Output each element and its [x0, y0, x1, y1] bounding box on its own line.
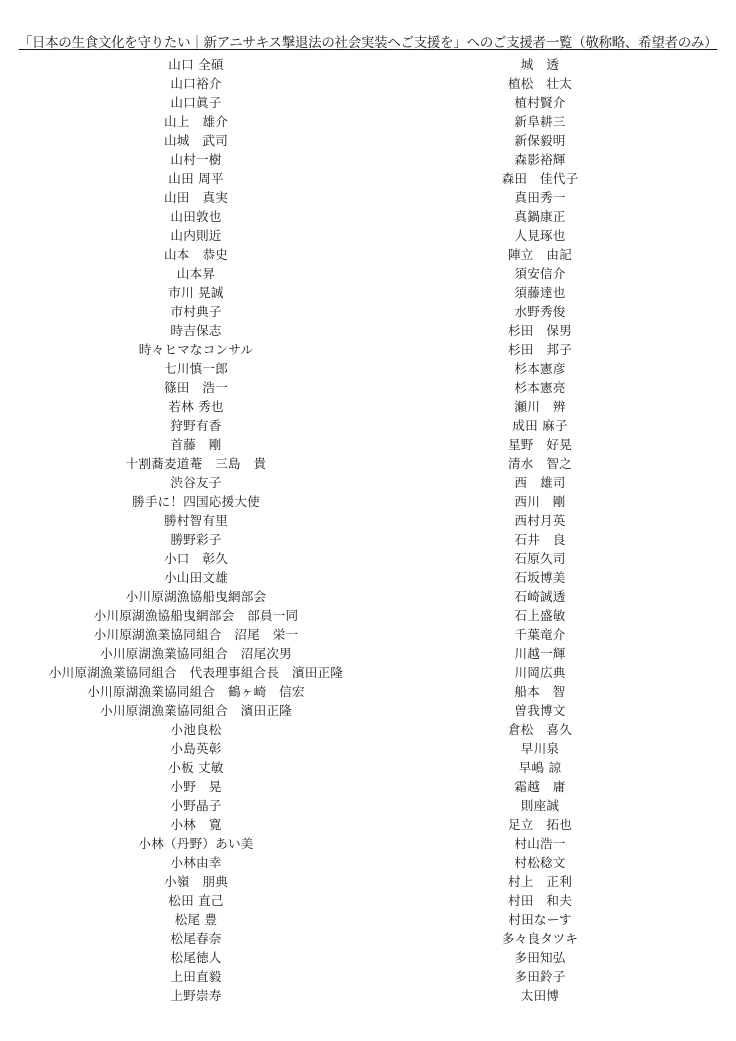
supporter-name: 陣立 由記	[420, 245, 660, 264]
supporter-name: 石上盛敏	[420, 606, 660, 625]
supporter-name: 小林（丹野）あい美	[36, 834, 356, 853]
supporter-name: 曽我博文	[420, 701, 660, 720]
supporter-name: 多々良タツキ	[420, 929, 660, 948]
supporter-name: 小川原湖漁協船曳網部会	[36, 587, 356, 606]
supporter-name: 杉田 邦子	[420, 340, 660, 359]
supporter-name: 山上 雄介	[36, 112, 356, 131]
supporter-name: 山田 真実	[36, 188, 356, 207]
supporter-name: 杉本憲亮	[420, 378, 660, 397]
supporter-name: 多田知弘	[420, 948, 660, 967]
supporter-name: 森影裕輝	[420, 150, 660, 169]
supporter-name: 時々ヒマなコンサル	[36, 340, 356, 359]
supporter-name: 清水 智之	[420, 454, 660, 473]
supporter-name: 成田 麻子	[420, 416, 660, 435]
supporter-name: 山田敦也	[36, 207, 356, 226]
supporter-name: 川岡広典	[420, 663, 660, 682]
supporter-name: 渋谷友子	[36, 473, 356, 492]
supporter-name: 瀬川 辨	[420, 397, 660, 416]
supporter-name: 船本 智	[420, 682, 660, 701]
supporter-name: 星野 好晃	[420, 435, 660, 454]
supporter-name: 松尾徳人	[36, 948, 356, 967]
document-title-text: 「日本の生食文化を守りたい｜新アニサキス撃退法の社会実装へご支援を」へのご支援者…	[19, 35, 718, 51]
supporter-name: 山本 恭史	[36, 245, 356, 264]
supporter-name: 山口裕介	[36, 74, 356, 93]
supporter-name: 市村典子	[36, 302, 356, 321]
supporter-name: 小板 丈敏	[36, 758, 356, 777]
supporter-name: 石崎誠透	[420, 587, 660, 606]
supporter-name: 小野晶子	[36, 796, 356, 815]
supporter-name: 勝手に！四国応援大使	[36, 492, 356, 511]
supporter-name: 西川 剛	[420, 492, 660, 511]
supporter-name: 西 雄司	[420, 473, 660, 492]
supporter-name: 石坂博美	[420, 568, 660, 587]
supporter-name: 杉本憲彦	[420, 359, 660, 378]
supporter-name: 松尾春奈	[36, 929, 356, 948]
supporter-name: 足立 拓也	[420, 815, 660, 834]
supporter-name: 小川原湖漁協船曳網部会 部員一同	[36, 606, 356, 625]
supporter-name: 水野秀俊	[420, 302, 660, 321]
supporter-name: 森田 佳代子	[420, 169, 660, 188]
supporter-name: 上野崇寿	[36, 986, 356, 1005]
supporter-name: 須安信介	[420, 264, 660, 283]
supporter-name: 山口眞子	[36, 93, 356, 112]
supporter-name: 小野 晃	[36, 777, 356, 796]
supporter-name: 首藤 剛	[36, 435, 356, 454]
supporter-name: 小林由幸	[36, 853, 356, 872]
supporter-name: 山村一樹	[36, 150, 356, 169]
supporter-name: 倉松 喜久	[420, 720, 660, 739]
supporter-name: 篠田 浩一	[36, 378, 356, 397]
supporter-name: 新保毅明	[420, 131, 660, 150]
supporter-name: 千葉竜介	[420, 625, 660, 644]
supporter-name: 城 透	[420, 55, 660, 74]
supporter-name: 西村月英	[420, 511, 660, 530]
supporter-name: 時吉保志	[36, 321, 356, 340]
supporter-name: 則座誠	[420, 796, 660, 815]
supporter-name: 杉田 保男	[420, 321, 660, 340]
supporter-name: 石原久司	[420, 549, 660, 568]
supporter-name: 真田秀一	[420, 188, 660, 207]
supporter-name: 小池良松	[36, 720, 356, 739]
supporter-name: 村田 和夫	[420, 891, 660, 910]
supporter-name: 小山田文雄	[36, 568, 356, 587]
supporter-name: 村田なーす	[420, 910, 660, 929]
supporter-name: 村山浩一	[420, 834, 660, 853]
supporter-name: 小口 彰久	[36, 549, 356, 568]
supporter-name: 早川泉	[420, 739, 660, 758]
supporter-name: 須藤達也	[420, 283, 660, 302]
supporter-name: 狩野有香	[36, 416, 356, 435]
supporter-name: 上田直毅	[36, 967, 356, 986]
document-title: 「日本の生食文化を守りたい｜新アニサキス撃退法の社会実装へご支援を」へのご支援者…	[0, 35, 736, 51]
supporter-name: 山城 武司	[36, 131, 356, 150]
supporter-name: 山田 周平	[36, 169, 356, 188]
supporter-name: 山本昇	[36, 264, 356, 283]
supporter-name: 小川原湖漁業協同組合 沼尾次男	[36, 644, 356, 663]
supporter-name: 村上 正利	[420, 872, 660, 891]
supporter-name: 若林 秀也	[36, 397, 356, 416]
supporter-name: 植松 壮太	[420, 74, 660, 93]
supporter-name: 小林 寛	[36, 815, 356, 834]
supporter-name: 村松稔文	[420, 853, 660, 872]
supporter-name: 太田博	[420, 986, 660, 1005]
supporter-name: 植村賢介	[420, 93, 660, 112]
supporter-name: 小川原湖漁業協同組合 代表理事組合長 濱田正隆	[36, 663, 356, 682]
supporter-name: 真鍋康正	[420, 207, 660, 226]
supporter-name: 石井 良	[420, 530, 660, 549]
supporter-name: 人見琢也	[420, 226, 660, 245]
supporter-name: 川越一輝	[420, 644, 660, 663]
supporter-name: 多田鈴子	[420, 967, 660, 986]
supporter-name: 山内則近	[36, 226, 356, 245]
supporter-name: 早嶋 諒	[420, 758, 660, 777]
supporter-name: 新阜耕三	[420, 112, 660, 131]
supporter-name: 七川慎一郎	[36, 359, 356, 378]
supporter-name: 小川原湖漁業協同組合 鶴ヶ崎 信宏	[36, 682, 356, 701]
supporter-name: 市川 晃誠	[36, 283, 356, 302]
supporter-name: 松尾 豊	[36, 910, 356, 929]
supporter-name: 松田 直己	[36, 891, 356, 910]
supporter-list-left: 山口 全碩山口裕介山口眞子山上 雄介山城 武司山村一樹山田 周平山田 真実山田敦…	[36, 55, 356, 1005]
supporter-list-right: 城 透植松 壮太植村賢介新阜耕三新保毅明森影裕輝森田 佳代子真田秀一真鍋康正人見…	[420, 55, 660, 1005]
supporter-name: 霜越 庸	[420, 777, 660, 796]
supporter-name: 勝野彩子	[36, 530, 356, 549]
supporter-name: 山口 全碩	[36, 55, 356, 74]
supporter-name: 小嶺 朋典	[36, 872, 356, 891]
supporter-name: 小川原湖漁業協同組合 沼尾 栄一	[36, 625, 356, 644]
supporter-name: 勝村智有里	[36, 511, 356, 530]
supporter-name: 小川原湖漁業協同組合 濱田正隆	[36, 701, 356, 720]
supporter-name: 十割蕎麦道菴 三島 貴	[36, 454, 356, 473]
supporter-name: 小島英彰	[36, 739, 356, 758]
